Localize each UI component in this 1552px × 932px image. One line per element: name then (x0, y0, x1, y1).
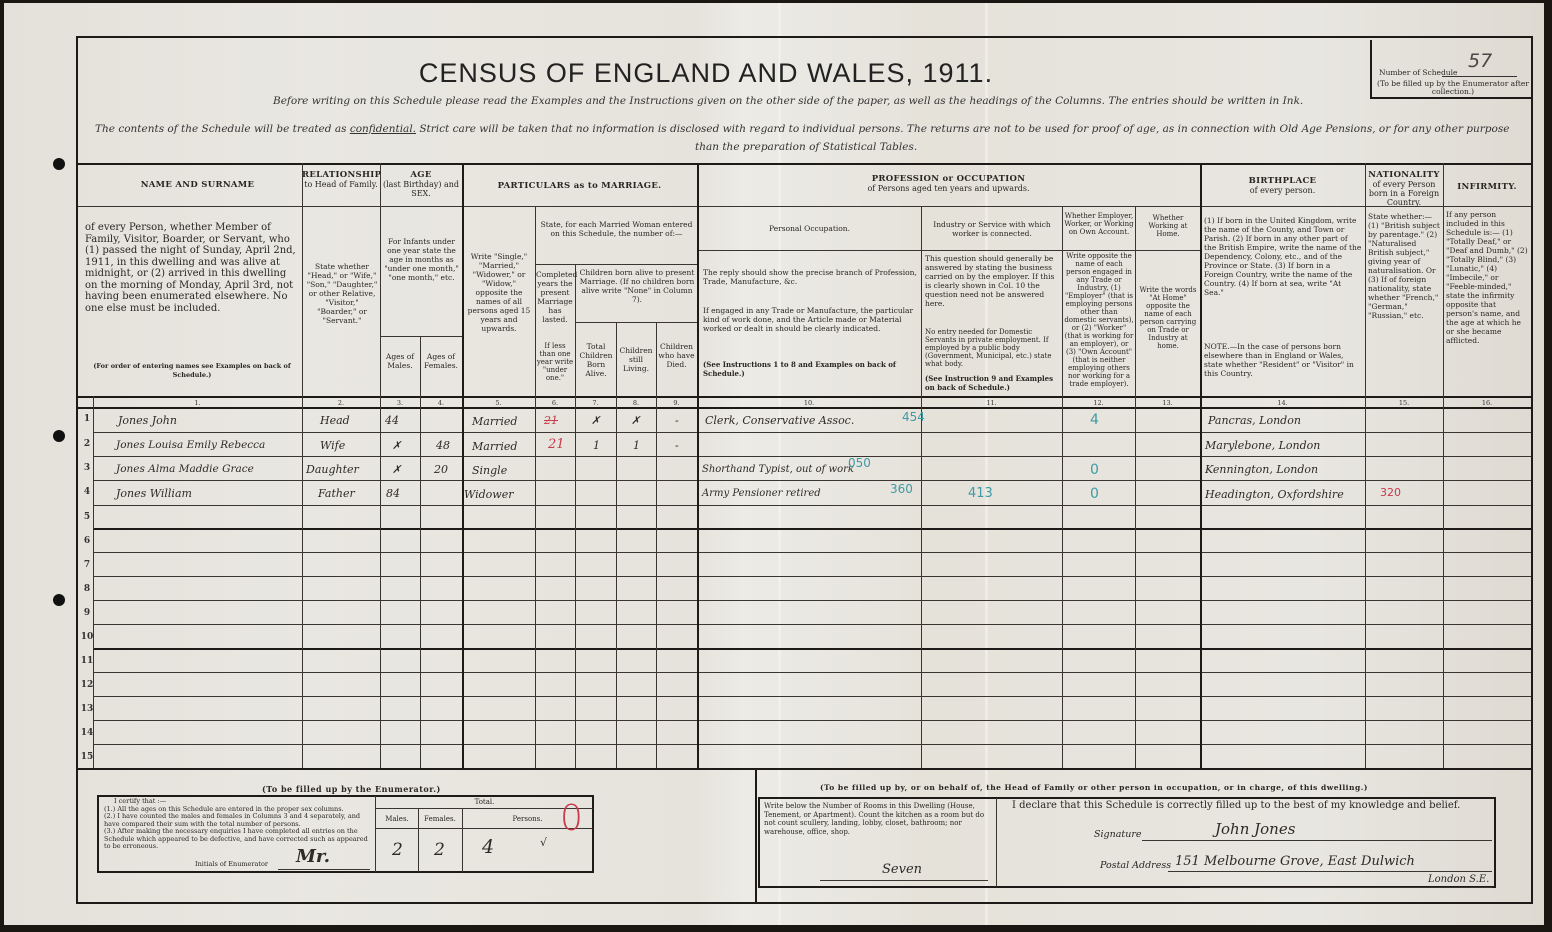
age-male-cell[interactable]: 44 (385, 414, 399, 427)
industry-code: 413 (968, 486, 993, 501)
declaration-text: I declare that this Schedule is correctl… (1012, 801, 1460, 810)
col-heading-age: AGE(last Birthday) and SEX. (380, 170, 462, 198)
age-male-cell[interactable]: ✗ (392, 463, 401, 476)
name-cell[interactable]: Jones William (116, 487, 192, 500)
birthplace-cell[interactable]: Kennington, London (1205, 463, 1318, 476)
birthplace-code: 320 (1380, 486, 1401, 499)
still-living-cell[interactable]: ✗ (631, 414, 640, 427)
age-female-cell[interactable]: 48 (436, 439, 450, 452)
enumerator-section-label: (To be filled up by the Enumerator.) (262, 784, 441, 794)
enumerator-initials[interactable]: Mr. (296, 846, 330, 867)
col10-sub: Personal Occupation. (700, 224, 919, 233)
col14-instructions: (1) If born in the United Kingdom, write… (1204, 216, 1362, 297)
occupation-cell[interactable]: Army Pensioner retired (702, 488, 821, 499)
col-heading-infirmity: INFIRMITY. (1443, 182, 1531, 192)
col9-sub: Children who have Died. (657, 342, 696, 369)
name-cell[interactable]: Jones Alma Maddie Grace (116, 463, 254, 475)
col16-instructions: If any person included in this Schedule … (1446, 210, 1530, 345)
died-cell[interactable]: - (675, 439, 679, 452)
males-total[interactable]: 2 (392, 840, 403, 860)
col7-sub: Total Children Born Alive. (577, 342, 615, 378)
page-title: CENSUS OF ENGLAND AND WALES, 1911. (0, 58, 1552, 89)
schedule-number-box: Number of Schedule 57 (To be filled up b… (1370, 40, 1533, 99)
still-living-cell[interactable]: 1 (633, 439, 640, 452)
col11-instructions-2: No entry needed for Domestic Servants in… (925, 328, 1059, 368)
rooms-value[interactable]: Seven (882, 862, 922, 877)
employer-code: 0 (1090, 462, 1099, 478)
rooms-instruction: Write below the Number of Rooms in this … (764, 802, 994, 836)
enumerator-certification: I certify that :— (1.) All the ages on t… (104, 798, 372, 851)
col14-footnote: NOTE.—In the case of persons born elsewh… (1204, 342, 1362, 378)
col2-instructions: State whether "Head," or "Wife," "Son," … (306, 262, 378, 325)
red-zero-mark: 0 (560, 798, 583, 839)
occupation-code: 454 (902, 410, 925, 424)
punch-hole (53, 430, 65, 442)
total-born-cell[interactable]: 1 (593, 439, 600, 452)
col11-instructions: This question should generally be answer… (925, 254, 1059, 308)
punch-hole (53, 594, 65, 606)
col5-instructions: Write "Single," "Married," "Widower," or… (465, 252, 533, 333)
marriage-cell[interactable]: Married (472, 440, 517, 453)
postal-address-line-2[interactable]: London S.E. (1428, 874, 1489, 885)
col-heading-relationship: RELATIONSHIPto Head of Family. (302, 170, 380, 189)
age-female-cell[interactable]: 20 (434, 463, 448, 476)
relationship-cell[interactable]: Head (320, 414, 350, 427)
col-heading-name: NAME AND SURNAME (93, 180, 302, 190)
schedule-number-note: (To be filled up by the Enumerator after… (1377, 80, 1529, 96)
initials-label: Initials of Enumerator (195, 860, 268, 868)
relationship-cell[interactable]: Wife (320, 439, 345, 452)
col11-footnote: (See Instruction 9 and Examples on back … (925, 374, 1059, 392)
occupation-cell[interactable]: Shorthand Typist, out of work (702, 464, 854, 475)
col4-sub: Ages of Females. (421, 352, 461, 370)
col13-sub: Whether Working at Home. (1137, 214, 1199, 238)
postal-address-label: Postal Address (1100, 861, 1171, 870)
name-cell[interactable]: Jones Louisa Emily Rebecca (116, 439, 265, 451)
total-born-cell[interactable]: ✗ (591, 414, 600, 427)
col6-group: State, for each Married Woman entered on… (538, 220, 695, 238)
marriage-cell[interactable]: Married (472, 415, 517, 428)
postal-address-line-1[interactable]: 151 Melbourne Grove, East Dulwich (1175, 854, 1415, 869)
name-cell[interactable]: Jones John (118, 414, 177, 427)
col3-sub: Ages of Males. (381, 352, 419, 370)
confidentiality-notice-cont: than the preparation of Statistical Tabl… (695, 141, 917, 153)
col11-sub: Industry or Service with which worker is… (925, 220, 1059, 238)
relationship-cell[interactable]: Daughter (306, 463, 359, 476)
died-cell[interactable]: - (675, 414, 679, 427)
signature-label: Signature (1094, 830, 1142, 839)
years-married-cell[interactable]: 21 (544, 414, 558, 427)
employer-code: 0 (1090, 486, 1099, 502)
marriage-cell[interactable]: Widower (464, 488, 513, 501)
occupation-code: 360 (890, 482, 913, 496)
head-section-label: (To be filled up by, or on behalf of, th… (820, 783, 1368, 792)
col-heading-birthplace: BIRTHPLACEof every person. (1200, 176, 1365, 195)
col-heading-marriage: PARTICULARS as to MARRIAGE. (462, 181, 697, 191)
confidentiality-notice: The contents of the Schedule will be tre… (95, 123, 1509, 135)
birthplace-cell[interactable]: Pancras, London (1208, 414, 1301, 427)
age-male-cell[interactable]: 84 (386, 487, 400, 500)
col15-instructions: State whether:— (1) "British subject by … (1368, 212, 1442, 320)
col13-instructions: Write the words "At Home" opposite the n… (1137, 286, 1199, 350)
relationship-cell[interactable]: Father (318, 487, 355, 500)
occupation-cell[interactable]: Clerk, Conservative Assoc. (705, 414, 854, 427)
punch-hole (53, 158, 65, 170)
col12-instructions: Write opposite the name of each person e… (1064, 252, 1134, 388)
years-married-cell[interactable]: 21 (548, 437, 565, 452)
age-male-cell[interactable]: ✗ (392, 439, 401, 452)
employer-code: 4 (1090, 412, 1099, 428)
females-label: Females. (418, 815, 462, 823)
birthplace-cell[interactable]: Headington, Oxfordshire (1205, 488, 1344, 501)
check-mark: √ (540, 836, 547, 849)
col1-footnote: (For order of entering names see Example… (84, 362, 300, 380)
col6-instructions: Completed years the present Marriage has… (536, 270, 574, 324)
col3-instructions: For Infants under one year state the age… (383, 237, 460, 282)
schedule-number-value[interactable]: 57 (1468, 50, 1492, 72)
intro-instruction: Before writing on this Schedule please r… (273, 95, 1303, 107)
col-heading-nationality: NATIONALITYof every Person born in a For… (1365, 170, 1443, 207)
col-heading-occupation: PROFESSION or OCCUPATIONof Persons aged … (697, 174, 1200, 193)
col12-sub: Whether Employer, Worker, or Working on … (1064, 212, 1134, 236)
col1-instructions: of every Person, whether Member of Famil… (85, 222, 299, 314)
col7-group: Children born alive to present Marriage.… (579, 268, 695, 304)
col6-footnote: If less than one year write "under one." (536, 342, 574, 382)
signature-value[interactable]: John Jones (1215, 820, 1295, 838)
males-label: Males. (376, 815, 418, 823)
persons-total[interactable]: 4 (482, 836, 494, 858)
col10-instructions: The reply should show the precise branch… (703, 268, 917, 286)
col8-sub: Children still Living. (617, 346, 655, 373)
marriage-cell[interactable]: Single (472, 464, 507, 477)
col10-instructions-2: If engaged in any Trade or Manufacture, … (703, 306, 917, 333)
birthplace-cell[interactable]: Marylebone, London (1205, 439, 1320, 452)
occupation-code: 050 (848, 456, 871, 470)
females-total[interactable]: 2 (434, 840, 445, 860)
col10-footnote: (See Instructions 1 to 8 and Examples on… (703, 360, 917, 378)
